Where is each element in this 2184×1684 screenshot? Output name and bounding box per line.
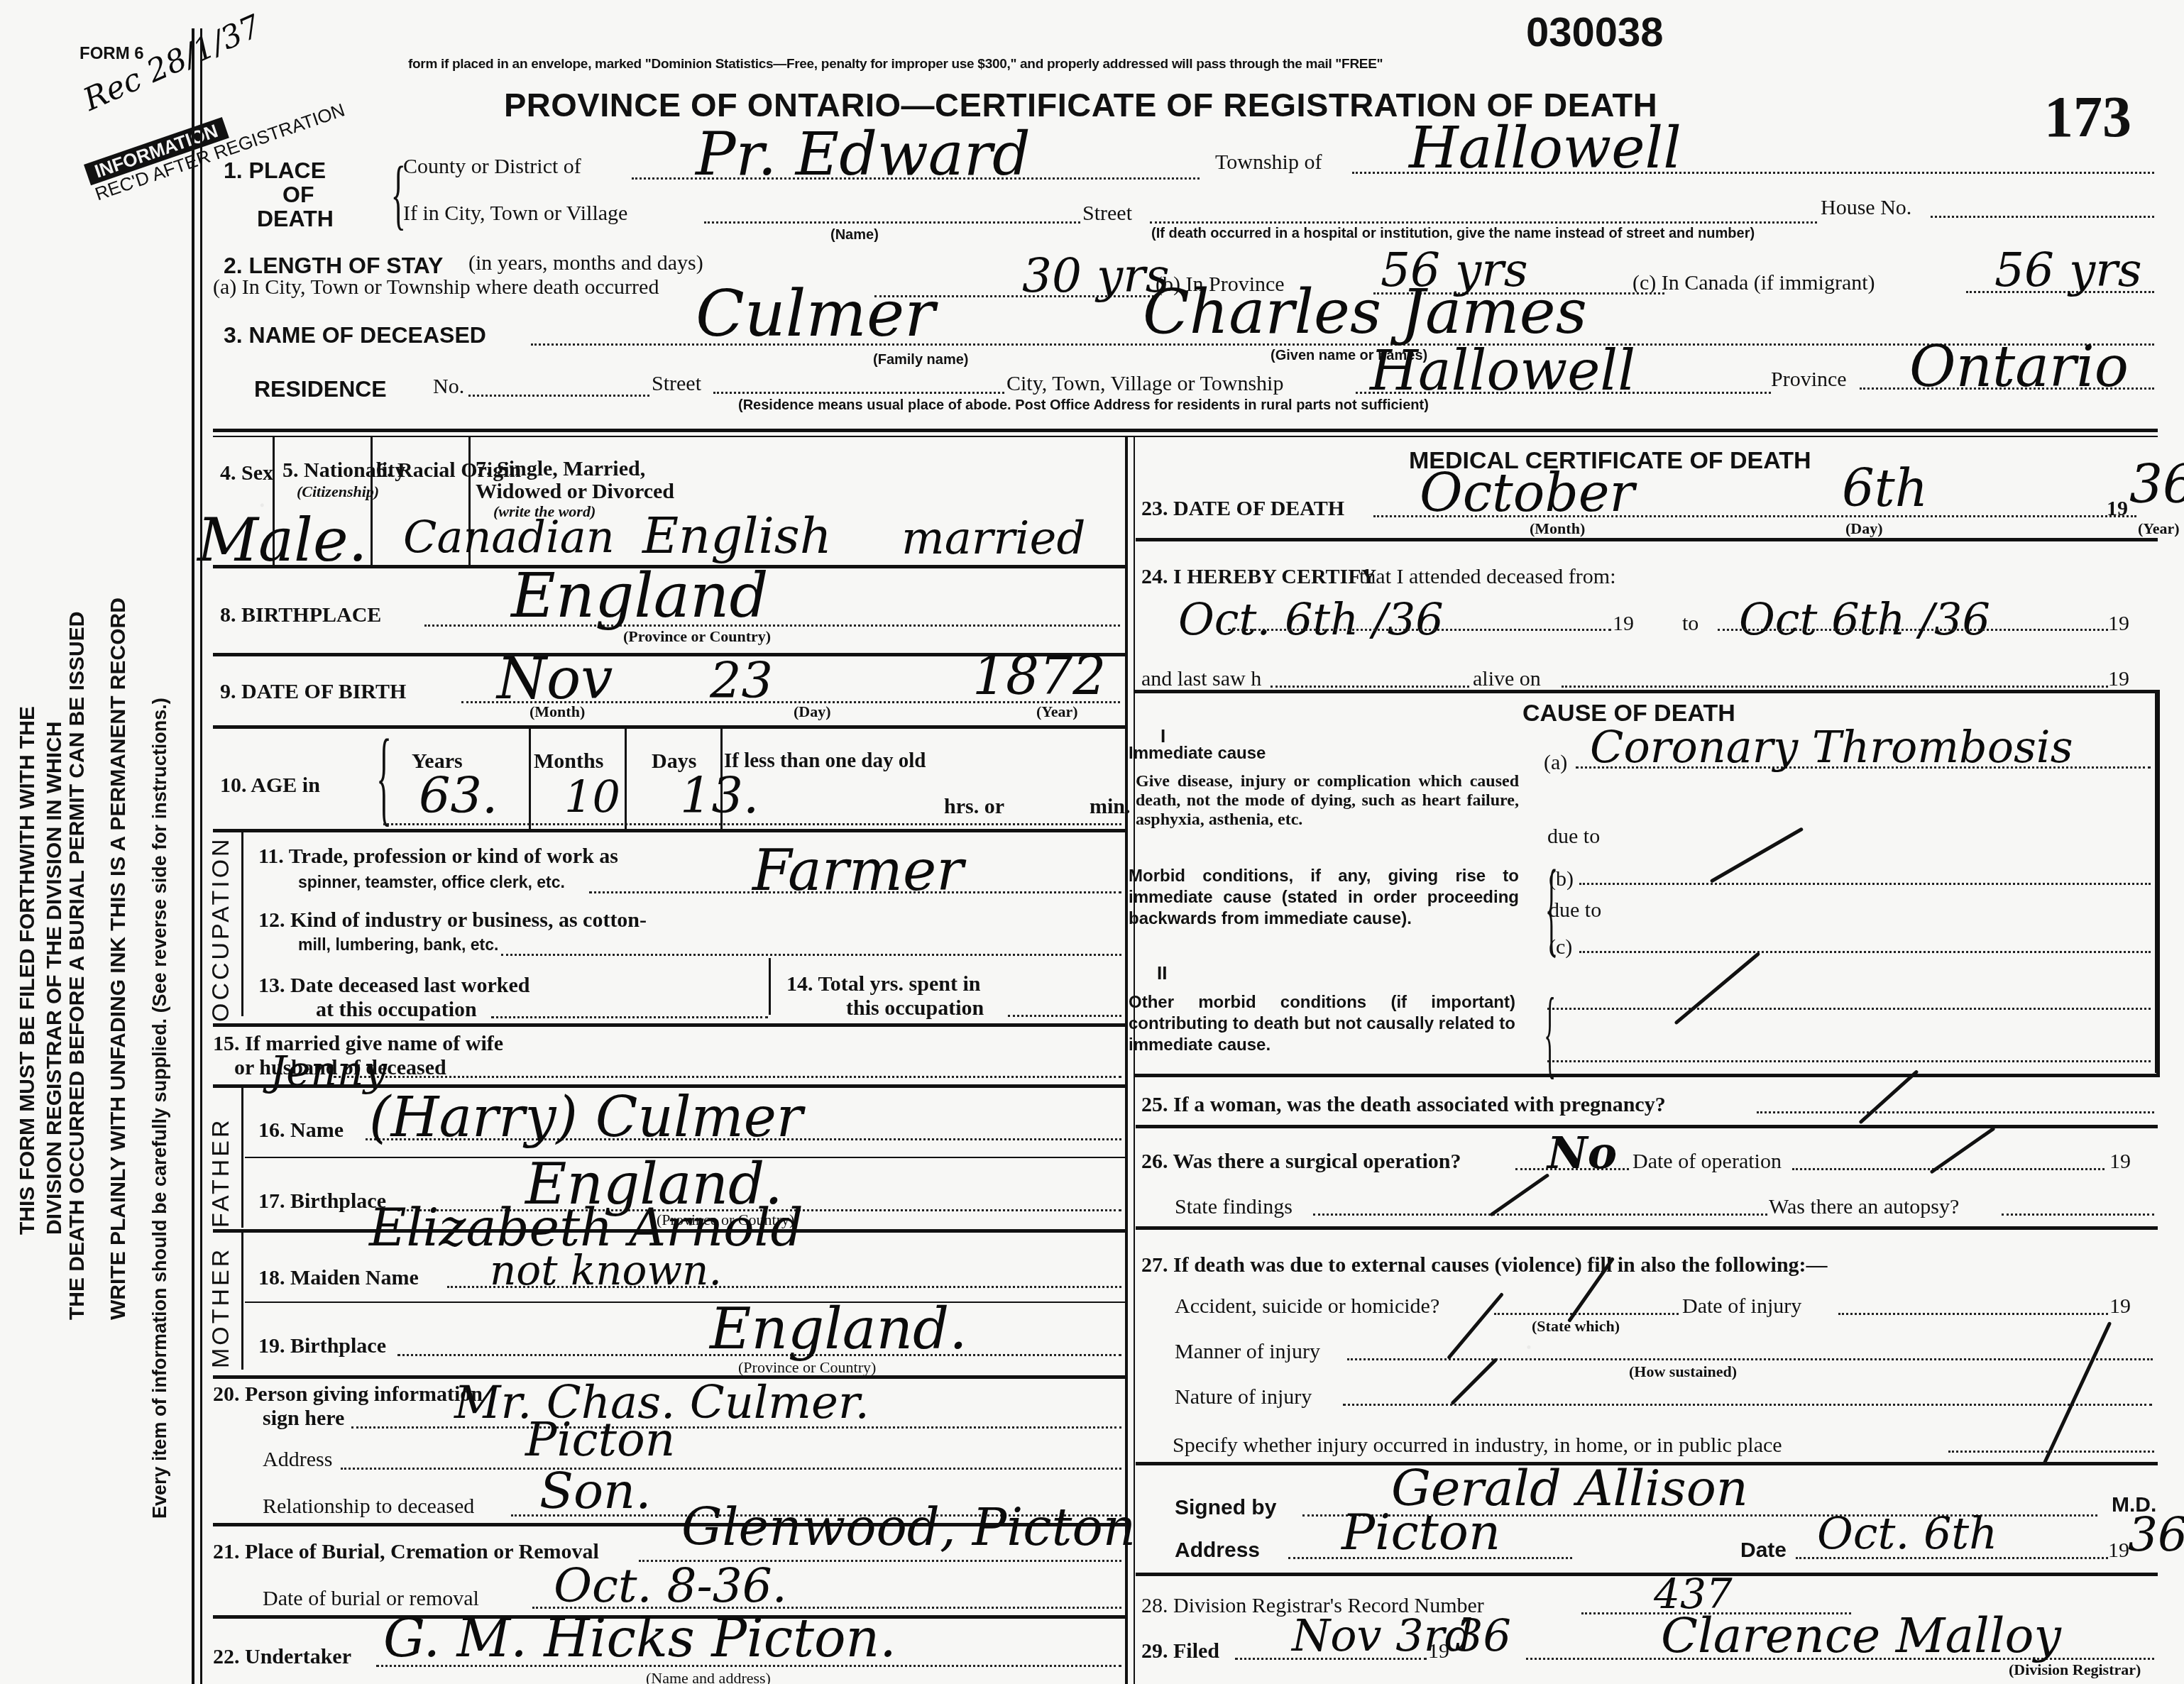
attended-from-value[interactable]: Oct. 6th /36 [1178, 593, 1444, 645]
residence-no-line [468, 395, 649, 397]
deceased-family-name[interactable]: Culmer [696, 277, 935, 351]
attended-to-value[interactable]: Oct 6th /36 [1739, 593, 1990, 645]
other-morbid-line-2 [1547, 1060, 2151, 1062]
row-divider [1136, 1573, 2158, 1576]
age-line [383, 823, 1121, 825]
row-divider [213, 829, 1125, 832]
informant-address-label: Address [263, 1448, 332, 1472]
specify-label: Specify whether injury occurred in indus… [1173, 1433, 1782, 1458]
residence-province-value[interactable]: Ontario [1909, 334, 2129, 400]
q29-label: 29. Filed [1141, 1639, 1219, 1663]
mother-birthplace-value[interactable]: England. [710, 1296, 967, 1362]
accident-label: Accident, suicide or homicide? [1175, 1294, 1439, 1319]
cause-c-label: (c) [1549, 935, 1572, 959]
state-which-caption: (State which) [1532, 1317, 1620, 1336]
mother-birthplace-caption: (Province or Country) [738, 1358, 876, 1377]
medical-address-value[interactable]: Picton [1341, 1503, 1500, 1561]
q14-label: 14. Total yrs. spent in [786, 972, 980, 996]
stay-canada-value[interactable]: 56 yrs [1994, 243, 2142, 297]
informant-address-value[interactable]: Picton [525, 1412, 675, 1467]
not-applicable-mark [1858, 1069, 1919, 1124]
q27-label: 27. If death was due to external causes … [1141, 1253, 1828, 1277]
father-name-value[interactable]: (Harry) Culmer [369, 1086, 803, 1150]
left-border-inner [200, 28, 202, 1684]
q12-label: 12. Kind of industry or business, as cot… [258, 908, 647, 932]
date-of-birth-label: 9. DATE OF BIRTH [220, 680, 406, 704]
autopsy-line [2002, 1214, 2154, 1216]
margin-line-3: THE DEATH OCCURRED BEFORE A BURIAL PERMI… [65, 612, 89, 1320]
attended-from-line [1228, 629, 1611, 631]
row-divider [213, 1023, 1125, 1027]
nineteen-label: 19 [2109, 1294, 2131, 1319]
dod-month-value[interactable]: October [1420, 463, 1635, 524]
registrar-caption: (Division Registrar) [2009, 1661, 2141, 1679]
birthplace-label: 8. BIRTHPLACE [220, 603, 381, 627]
age-hrs-label: hrs. or [944, 795, 1004, 819]
mother-birthplace-label: 19. Birthplace [258, 1334, 386, 1358]
right-border [2155, 690, 2158, 1073]
how-sustained-caption: (How sustained) [1629, 1363, 1737, 1381]
place-of-death-label-2: OF [282, 182, 314, 208]
margin-line-5: Every item of information should be care… [149, 698, 171, 1519]
burial-date-label: Date of burial or removal [263, 1587, 479, 1611]
informant-sign-label: sign here [263, 1407, 344, 1431]
cause-a-label: (a) [1544, 751, 1567, 775]
dod-month-caption: (Month) [1530, 519, 1585, 538]
operation-date-label: Date of operation [1632, 1150, 1782, 1174]
township-value[interactable]: Hallowell [1409, 115, 1681, 181]
postal-notice: form if placed in an envelope, marked "D… [408, 57, 1383, 72]
hospital-note: (If death occurred in a hospital or inst… [1151, 226, 1755, 242]
findings-label: State findings [1175, 1195, 1293, 1219]
nineteen-label: 19 [2108, 612, 2129, 636]
age-months-value[interactable]: 10 [564, 771, 620, 822]
birthplace-value[interactable]: England [511, 561, 768, 632]
house-no-line [1931, 216, 2154, 218]
age-days-value[interactable]: 13. [680, 766, 759, 825]
q12-sub: mill, lumbering, bank, etc. [298, 935, 498, 954]
father-side-label: FATHER [207, 1117, 235, 1228]
nationality-value[interactable]: Canadian [403, 511, 615, 563]
deceased-given-names[interactable]: Charles James [1143, 277, 1587, 348]
manner-label: Manner of injury [1175, 1340, 1320, 1364]
not-applicable-mark [1447, 1292, 1504, 1360]
registrar-signature[interactable]: Clarence Malloy [1661, 1608, 2061, 1664]
marital-label-1: 7. Single, Married, [476, 457, 645, 481]
marital-value[interactable]: married [901, 512, 1085, 565]
burial-place-value[interactable]: Glenwood, Picton [681, 1497, 1136, 1557]
dod-day-caption: (Day) [1845, 519, 1883, 538]
medical-date-year-prefix: 19 [2108, 1539, 2129, 1563]
q26-value[interactable]: No [1547, 1127, 1617, 1179]
residence-street-label: Street [652, 372, 701, 396]
length-of-stay-sub: (in years, months and days) [468, 251, 703, 275]
q29-year[interactable]: 36 [1455, 1609, 1511, 1661]
birthplace-caption: (Province or Country) [623, 627, 771, 646]
date-of-death-label: 23. DATE OF DEATH [1141, 497, 1344, 521]
relationship-value[interactable]: Son. [539, 1462, 651, 1520]
not-applicable-mark [1450, 1358, 1498, 1405]
injury-date-line [1838, 1313, 2108, 1315]
accident-line [1494, 1313, 1679, 1315]
residence-city-value[interactable]: Hallowell [1370, 339, 1635, 403]
left-border-outer [192, 28, 194, 1684]
header-divider-2 [213, 436, 2158, 437]
q26-label: 26. Was there a surgical operation? [1141, 1150, 1461, 1174]
county-label: County or District of [403, 155, 581, 179]
occupation-side-label: OCCUPATION [207, 836, 235, 1022]
manner-line [1347, 1358, 2153, 1360]
certify-rest: that I attended deceased from: [1359, 565, 1616, 589]
header-divider [213, 429, 2158, 432]
specify-line [1948, 1451, 2154, 1453]
age-min-label: min. [1090, 795, 1131, 819]
burial-place-label: 21. Place of Burial, Cremation or Remova… [213, 1540, 599, 1564]
medical-address-label: Address [1175, 1539, 1260, 1563]
certificate-page: FORM 6 form if placed in an envelope, ma… [0, 0, 2184, 1684]
cause-b-line [1579, 883, 2151, 885]
to-label: to [1682, 612, 1699, 636]
dod-day-value[interactable]: 6th [1842, 458, 1928, 518]
q13-divider [769, 958, 771, 1015]
nationality-sub: (Citizenship) [297, 483, 379, 501]
attended-to-line [1718, 629, 2108, 631]
q25-label: 25. If a woman, was the death associated… [1141, 1093, 1666, 1117]
house-no-label: House No. [1821, 196, 1911, 220]
informant-address-line [341, 1468, 1121, 1470]
spouse-line [334, 1076, 1121, 1078]
residence-city-label: City, Town, Village or Township [1006, 372, 1283, 396]
row-divider [1136, 1226, 2158, 1230]
morbid-conditions-label: Morbid conditions, if any, giving rise t… [1129, 866, 1519, 930]
dob-day-value[interactable]: 23 [710, 651, 773, 710]
cause-c-line [1579, 951, 2151, 953]
racial-origin-value[interactable]: English [642, 507, 832, 565]
not-applicable-mark [1930, 1126, 1996, 1174]
last-saw-label: and last saw h [1141, 667, 1261, 691]
age-years-value[interactable]: 63. [419, 766, 498, 825]
autopsy-label: Was there an autopsy? [1769, 1195, 1959, 1219]
township-label: Township of [1215, 150, 1322, 175]
q13-line [491, 1016, 768, 1018]
residence-no-label: No. [433, 375, 464, 399]
medical-date-label: Date [1740, 1539, 1787, 1563]
row-divider [245, 1301, 1125, 1303]
family-name-caption: (Family name) [873, 352, 968, 368]
q11-label: 11. Trade, profession or kind of work as [258, 844, 618, 869]
residence-province-label: Province [1771, 368, 1847, 392]
other-morbid-label: Other morbid conditions (if important) c… [1129, 992, 1515, 1056]
mother-side-label: MOTHER [207, 1247, 235, 1368]
dob-month-caption: (Month) [529, 703, 585, 721]
row-divider [1136, 538, 2158, 541]
immediate-cause-label: Immediate cause [1129, 744, 1266, 764]
dod-year-prefix: 19 [2107, 497, 2128, 521]
mother-side-divider [241, 1231, 243, 1370]
row-divider [213, 725, 1125, 729]
place-of-death-label-3: DEATH [257, 206, 334, 232]
county-value[interactable]: Pr. Edward [696, 119, 1031, 189]
not-applicable-mark [1490, 1173, 1550, 1216]
nineteen-label: 19 [2108, 667, 2129, 691]
due-to-label-2: due to [1549, 898, 1601, 923]
nineteen-label: 19 [1613, 612, 1634, 636]
occupation-side-divider [241, 830, 243, 1016]
q13-sub: at this occupation [316, 998, 477, 1022]
residence-note: (Residence means usual place of abode. P… [738, 397, 1429, 414]
place-of-death-label-1: 1. PLACE [224, 158, 326, 184]
street-line [1150, 221, 1817, 224]
stay-city-label: (a) In City, Town or Township where deat… [213, 275, 659, 299]
last-saw-line [1271, 686, 1469, 688]
medical-date-value[interactable]: Oct. 6th [1817, 1507, 1997, 1559]
undertaker-value[interactable]: G. M. Hicks Picton. [383, 1608, 896, 1669]
father-side-divider [241, 1086, 243, 1228]
alive-on-line [1562, 686, 2108, 688]
stay-canada-label: (c) In Canada (if immigrant) [1632, 271, 1875, 295]
row-divider [371, 437, 373, 565]
burial-date-value[interactable]: Oct. 8-36. [554, 1558, 787, 1613]
row-divider [1136, 1125, 2158, 1128]
q25-line [1757, 1111, 2154, 1113]
mother-maiden-label: 18. Maiden Name [258, 1266, 419, 1290]
marital-label-2: Widowed or Divorced [476, 480, 674, 504]
undertaker-caption: (Name and address) [646, 1669, 771, 1684]
due-to-label: due to [1547, 825, 1600, 849]
nineteen-label: 19 [2109, 1150, 2131, 1174]
city-label: If in City, Town or Village [403, 202, 627, 226]
street-label: Street [1082, 202, 1132, 226]
dob-day-caption: (Day) [794, 703, 831, 721]
name-of-deceased-label: 3. NAME OF DECEASED [224, 322, 486, 348]
name-caption: (Name) [830, 227, 879, 243]
age-label: 10. AGE in [220, 774, 320, 798]
margin-line-1: THIS FORM MUST BE FILED FORTHWITH WITH T… [16, 706, 40, 1235]
page-number: 173 [2044, 84, 2131, 150]
roman-two: II [1157, 962, 1167, 984]
injury-date-label: Date of injury [1682, 1294, 1801, 1319]
age-months-label: Months [534, 749, 603, 774]
city-line [704, 221, 1080, 224]
other-morbid-line-1 [1547, 1008, 2151, 1010]
row-divider [529, 725, 531, 832]
signed-by-label: Signed by [1175, 1496, 1276, 1520]
q29-year-prefix: 19 [1428, 1639, 1449, 1663]
q14-line [1008, 1015, 1121, 1017]
relationship-label: Relationship to deceased [263, 1495, 474, 1519]
not-applicable-mark [2043, 1321, 2112, 1465]
alive-on-label: alive on [1473, 667, 1541, 691]
serial-number: 030038 [1526, 9, 1664, 56]
residence-street-line [713, 392, 1004, 394]
q12-line [501, 954, 1121, 956]
father-name-label: 16. Name [258, 1118, 344, 1143]
row-divider [625, 725, 627, 832]
dob-year-caption: (Year) [1036, 703, 1078, 721]
findings-line [1313, 1214, 1767, 1216]
informant-label: 20. Person giving information [213, 1382, 483, 1407]
margin-line-4: WRITE PLAINLY WITH UNFADING INK THIS IS … [106, 598, 131, 1320]
undertaker-label: 22. Undertaker [213, 1645, 351, 1669]
dod-year-caption: (Year) [2138, 519, 2180, 538]
medical-date-year[interactable]: 36 [2128, 1507, 2184, 1562]
mother-maiden-note[interactable]: not known. [490, 1246, 722, 1294]
dob-year-value[interactable]: 1872 [972, 646, 1106, 707]
q14-sub: this occupation [846, 996, 984, 1020]
cause-a-value[interactable]: Coronary Thrombosis [1590, 721, 2073, 773]
q13-label: 13. Date deceased last worked [258, 974, 529, 998]
certify-label: 24. I HEREBY CERTIFY [1141, 565, 1376, 589]
margin-line-2: DIVISION REGISTRAR OF THE DIVISION IN WH… [43, 722, 67, 1235]
brace: { [1544, 984, 1556, 1083]
residence-label: RESIDENCE [254, 376, 387, 402]
q11-sub: spinner, teamster, office clerk, etc. [298, 873, 565, 892]
father-birthplace-label: 17. Birthplace [258, 1189, 386, 1214]
cause-b-label: (b) [1549, 867, 1574, 891]
brace: { [376, 724, 392, 830]
q11-value[interactable]: Farmer [752, 837, 963, 903]
nature-label: Nature of injury [1175, 1385, 1312, 1409]
nature-line [1343, 1404, 2152, 1406]
dod-year-value[interactable]: 36 [2129, 454, 2184, 515]
immediate-cause-desc: Give disease, injury or complication whi… [1136, 772, 1519, 830]
operation-date-line [1792, 1168, 2105, 1170]
sex-label: 4. Sex [220, 461, 273, 485]
